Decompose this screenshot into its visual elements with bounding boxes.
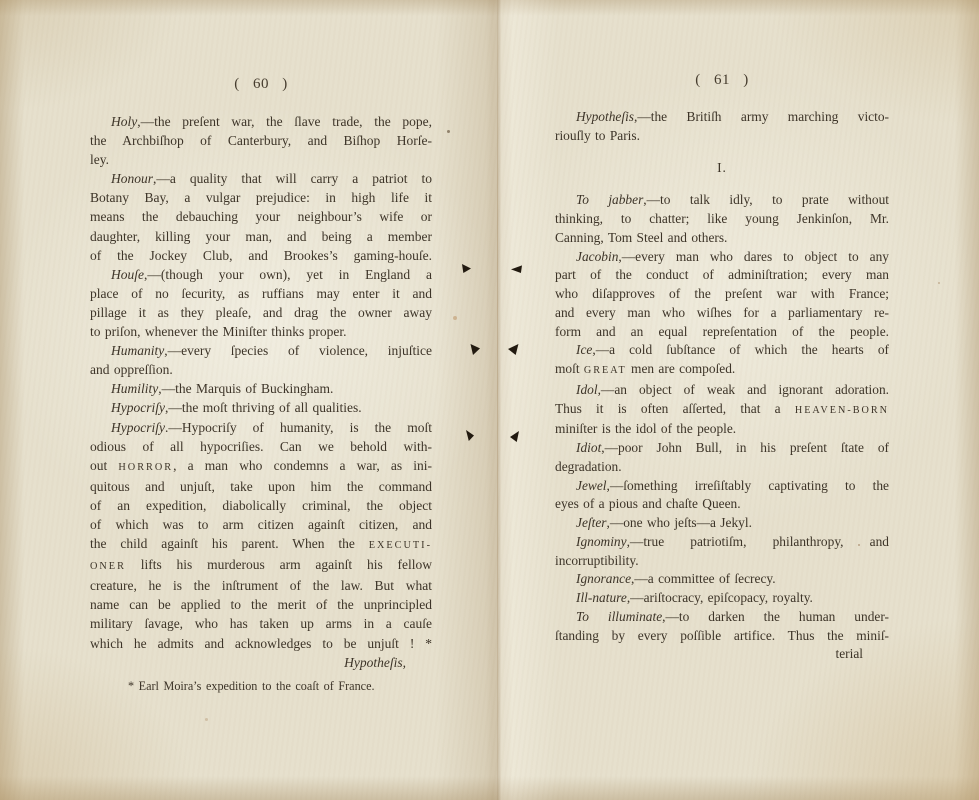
text-line: form and an equal repreſentation of the … [555,323,889,342]
fox-spot [938,282,940,284]
text-line: Holy,—the preſent war, the ſlave trade, … [90,112,432,131]
text-line: Jacobin,—every man who dares to object t… [555,248,889,267]
text-line: oner lifts his murderous arm againſt his… [90,555,432,576]
sewing-hole [470,344,480,355]
text-line: Canning, Tom Steel and others. [555,229,889,248]
text-line: daughter, killing your man, and being a … [90,227,432,246]
text-line: of an expedition, diabolically criminal,… [90,496,432,515]
text-line: ſtanding by every poſſible artifice. Thu… [555,627,889,646]
text-line: thinking, to chatter; like young Jenkinſ… [555,210,889,229]
page-number-left: ( 60 ) [90,76,432,93]
text-line: military ſavage, who has taken up arms i… [90,614,432,633]
text-line: degradation. [555,458,889,477]
page-number-right: ( 61 ) [555,72,889,89]
text-line: Humility,—the Marquis of Buckingham. [90,379,432,398]
text-line: Ignorance,—a committee of ſecrecy. [555,570,889,589]
text-line: which he admits and acknowledges to be u… [90,634,432,653]
text-line: odious of all hypocriſies. Can we behold… [90,437,432,456]
text-line: Ignominy,—true patriotiſm, philanthropy,… [555,533,889,552]
text-line: pillage it as they pleaſe, and drag the … [90,303,432,322]
text-line: miniſter is the idol of the people. [555,420,889,439]
book-scan: ( 60 ) Holy,—the preſent war, the ſlave … [0,0,979,800]
text-line: Humanity,—every ſpecies of violence, inj… [90,341,432,360]
text-line: the Archbiſhop of Canterbury, and Biſhop… [90,131,432,150]
text-line: Hypocriſy.—Hypocriſy of humanity, is the… [90,418,432,437]
catchword: Hypotheſis, [90,653,432,672]
text-line: who diſapproves of the preſent war with … [555,285,889,304]
text-line: of which was to arm citizen againſt citi… [90,515,432,534]
text-line: means the debauching your neighbour’s wi… [90,207,432,226]
page-60-text: Holy,—the preſent war, the ſlave trade, … [90,112,432,672]
text-line: creature, he is the inſtrument of the la… [90,576,432,595]
page-60: ( 60 ) Holy,—the preſent war, the ſlave … [90,76,432,694]
text-line: Ill-nature,—ariſtocracy, epiſcopacy, roy… [555,589,889,608]
page-61-text: Hypotheſis,—the Britiſh army marching vi… [555,108,889,664]
text-line: part of the conduct of adminiſtration; e… [555,266,889,285]
text-line: to priſon, whenever the Miniſter thinks … [90,322,432,341]
text-line: Jewel,—ſomething irreſiſtably captivatin… [555,477,889,496]
text-line: Honour,—a quality that will carry a patr… [90,169,432,188]
catchword: terial [555,645,889,664]
text-line: Jeſter,—one who jeſts—a Jekyl. [555,514,889,533]
fox-spot [453,316,457,320]
text-line: Botany Bay, a vulgar prejudice: in high … [90,188,432,207]
footnote: * Earl Moira’s expedition to the coaſt o… [90,679,432,694]
text-line: place of no ſecurity, as ruffians may en… [90,284,432,303]
gutter-crease [486,0,510,800]
text-line: and oppreſſion. [90,360,432,379]
sewing-hole [462,263,471,273]
text-line: Hypotheſis,—the Britiſh army marching vi… [555,108,889,127]
text-line: ley. [90,150,432,169]
text-line: name can be applied to the merit of the … [90,595,432,614]
page-61: ( 61 ) Hypotheſis,—the Britiſh army marc… [555,72,889,664]
fox-spot [858,544,860,546]
text-line: Houſe,—(though your own), yet in England… [90,265,432,284]
text-line: To jabber,—to talk idly, to prate withou… [555,191,889,210]
text-line: Idiot,—poor John Bull, in his preſent ſt… [555,439,889,458]
text-line: Hypocriſy,—the moſt thriving of all qual… [90,398,432,417]
text-line: To illuminate,—to darken the human under… [555,608,889,627]
sewing-hole [466,430,474,441]
text-line: out horror, a man who condemns a war, as… [90,456,432,477]
section-heading: I. [555,159,889,178]
text-line: eyes of a pious and chaſte Queen. [555,495,889,514]
text-line: moſt great men are compoſed. [555,360,889,381]
sewing-hole [511,264,522,273]
fox-spot [447,130,450,133]
gutter-fold-line [497,0,498,800]
text-line: quitous and unjuſt, take upon him the co… [90,477,432,496]
text-line: the child againſt his parent. When the e… [90,534,432,555]
text-line: Ice,—a cold ſubſtance of which the heart… [555,341,889,360]
text-line: of the Jockey Club, and Brookes’s gaming… [90,246,432,265]
text-line: Thus it is often aſſerted, that a heaven… [555,400,889,421]
text-line: incorruptibility. [555,552,889,571]
sewing-hole [510,431,519,442]
fox-spot [205,718,208,721]
text-line: riouſly to Paris. [555,127,889,146]
text-line: Idol,—an object of weak and ignorant ado… [555,381,889,400]
text-line: and every man who wiſhes for a parliamen… [555,304,889,323]
